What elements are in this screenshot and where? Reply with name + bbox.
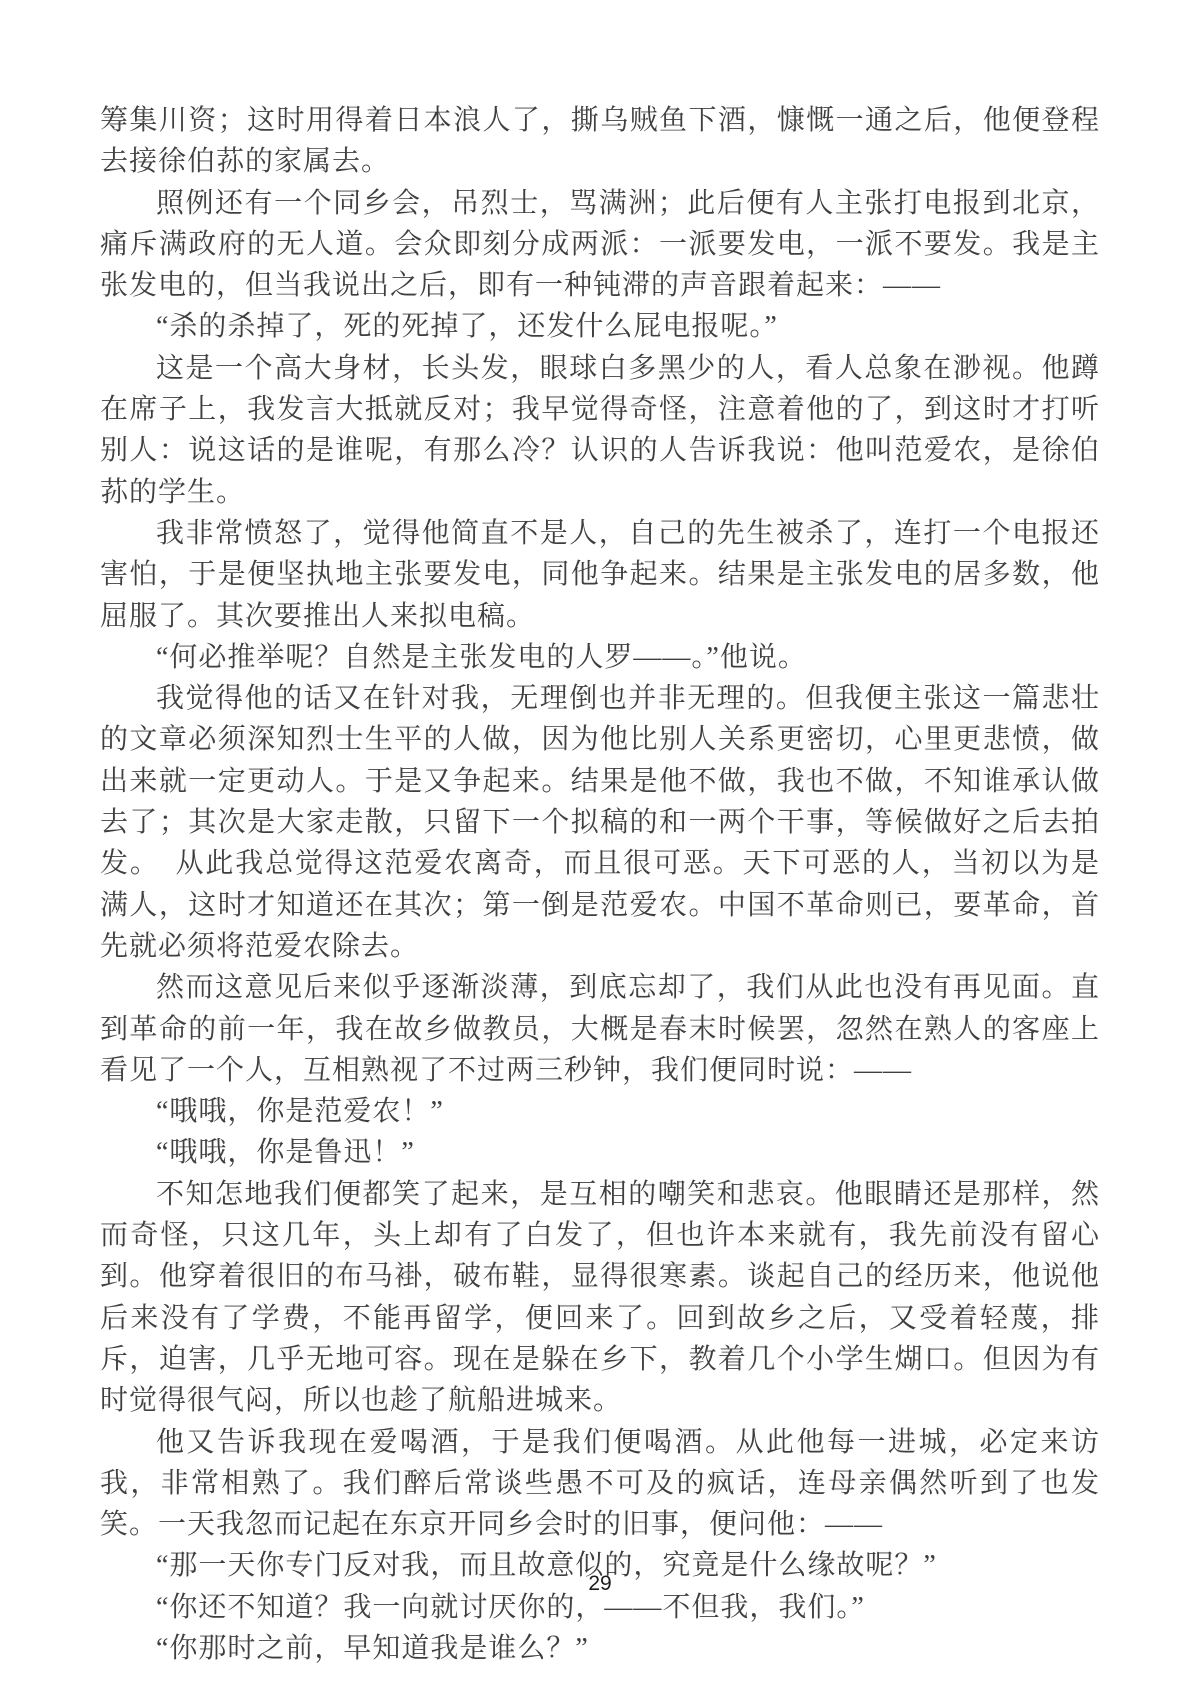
paragraph: 我觉得他的话又在针对我，无理倒也并非无理的。但我便主张这一篇悲壮的文章必须深知烈… xyxy=(100,678,1100,967)
paragraph: “哦哦，你是范爱农！” xyxy=(100,1091,1100,1132)
paragraph: 照例还有一个同乡会，吊烈士，骂满洲；此后便有人主张打电报到北京，痛斥满政府的无人… xyxy=(100,183,1100,307)
paragraph: 筹集川资；这时用得着日本浪人了，撕乌贼鱼下酒，慷慨一通之后，他便登程去接徐伯荪的… xyxy=(100,100,1100,183)
document-page: 筹集川资；这时用得着日本浪人了，撕乌贼鱼下酒，慷慨一通之后，他便登程去接徐伯荪的… xyxy=(0,0,1200,1697)
paragraph: 这是一个高大身材，长头发，眼球白多黑少的人，看人总象在渺视。他蹲在席子上，我发言… xyxy=(100,348,1100,513)
paragraph: 不知怎地我们便都笑了起来，是互相的嘲笑和悲哀。他眼睛还是那样，然而奇怪，只这几年… xyxy=(100,1174,1100,1422)
paragraph: “你那时之前，早知道我是谁么？” xyxy=(100,1628,1100,1669)
paragraph: 他又告诉我现在爱喝酒，于是我们便喝酒。从此他每一进城，必定来访我，非常相熟了。我… xyxy=(100,1422,1100,1546)
paragraph: “何必推举呢？自然是主张发电的人罗——。”他说。 xyxy=(100,637,1100,678)
paragraph: “杀的杀掉了，死的死掉了，还发什么屁电报呢。” xyxy=(100,306,1100,347)
paragraph: “哦哦，你是鲁迅！” xyxy=(100,1132,1100,1173)
paragraph: 我非常愤怒了，觉得他简直不是人，自己的先生被杀了，连打一个电报还害怕，于是便坚执… xyxy=(100,513,1100,637)
page-body-text: 筹集川资；这时用得着日本浪人了，撕乌贼鱼下酒，慷慨一通之后，他便登程去接徐伯荪的… xyxy=(100,100,1100,1669)
paragraph: 然而这意见后来似乎逐渐淡薄，到底忘却了，我们从此也没有再见面。直到革命的前一年，… xyxy=(100,967,1100,1091)
page-number: 29 xyxy=(0,1572,1200,1596)
